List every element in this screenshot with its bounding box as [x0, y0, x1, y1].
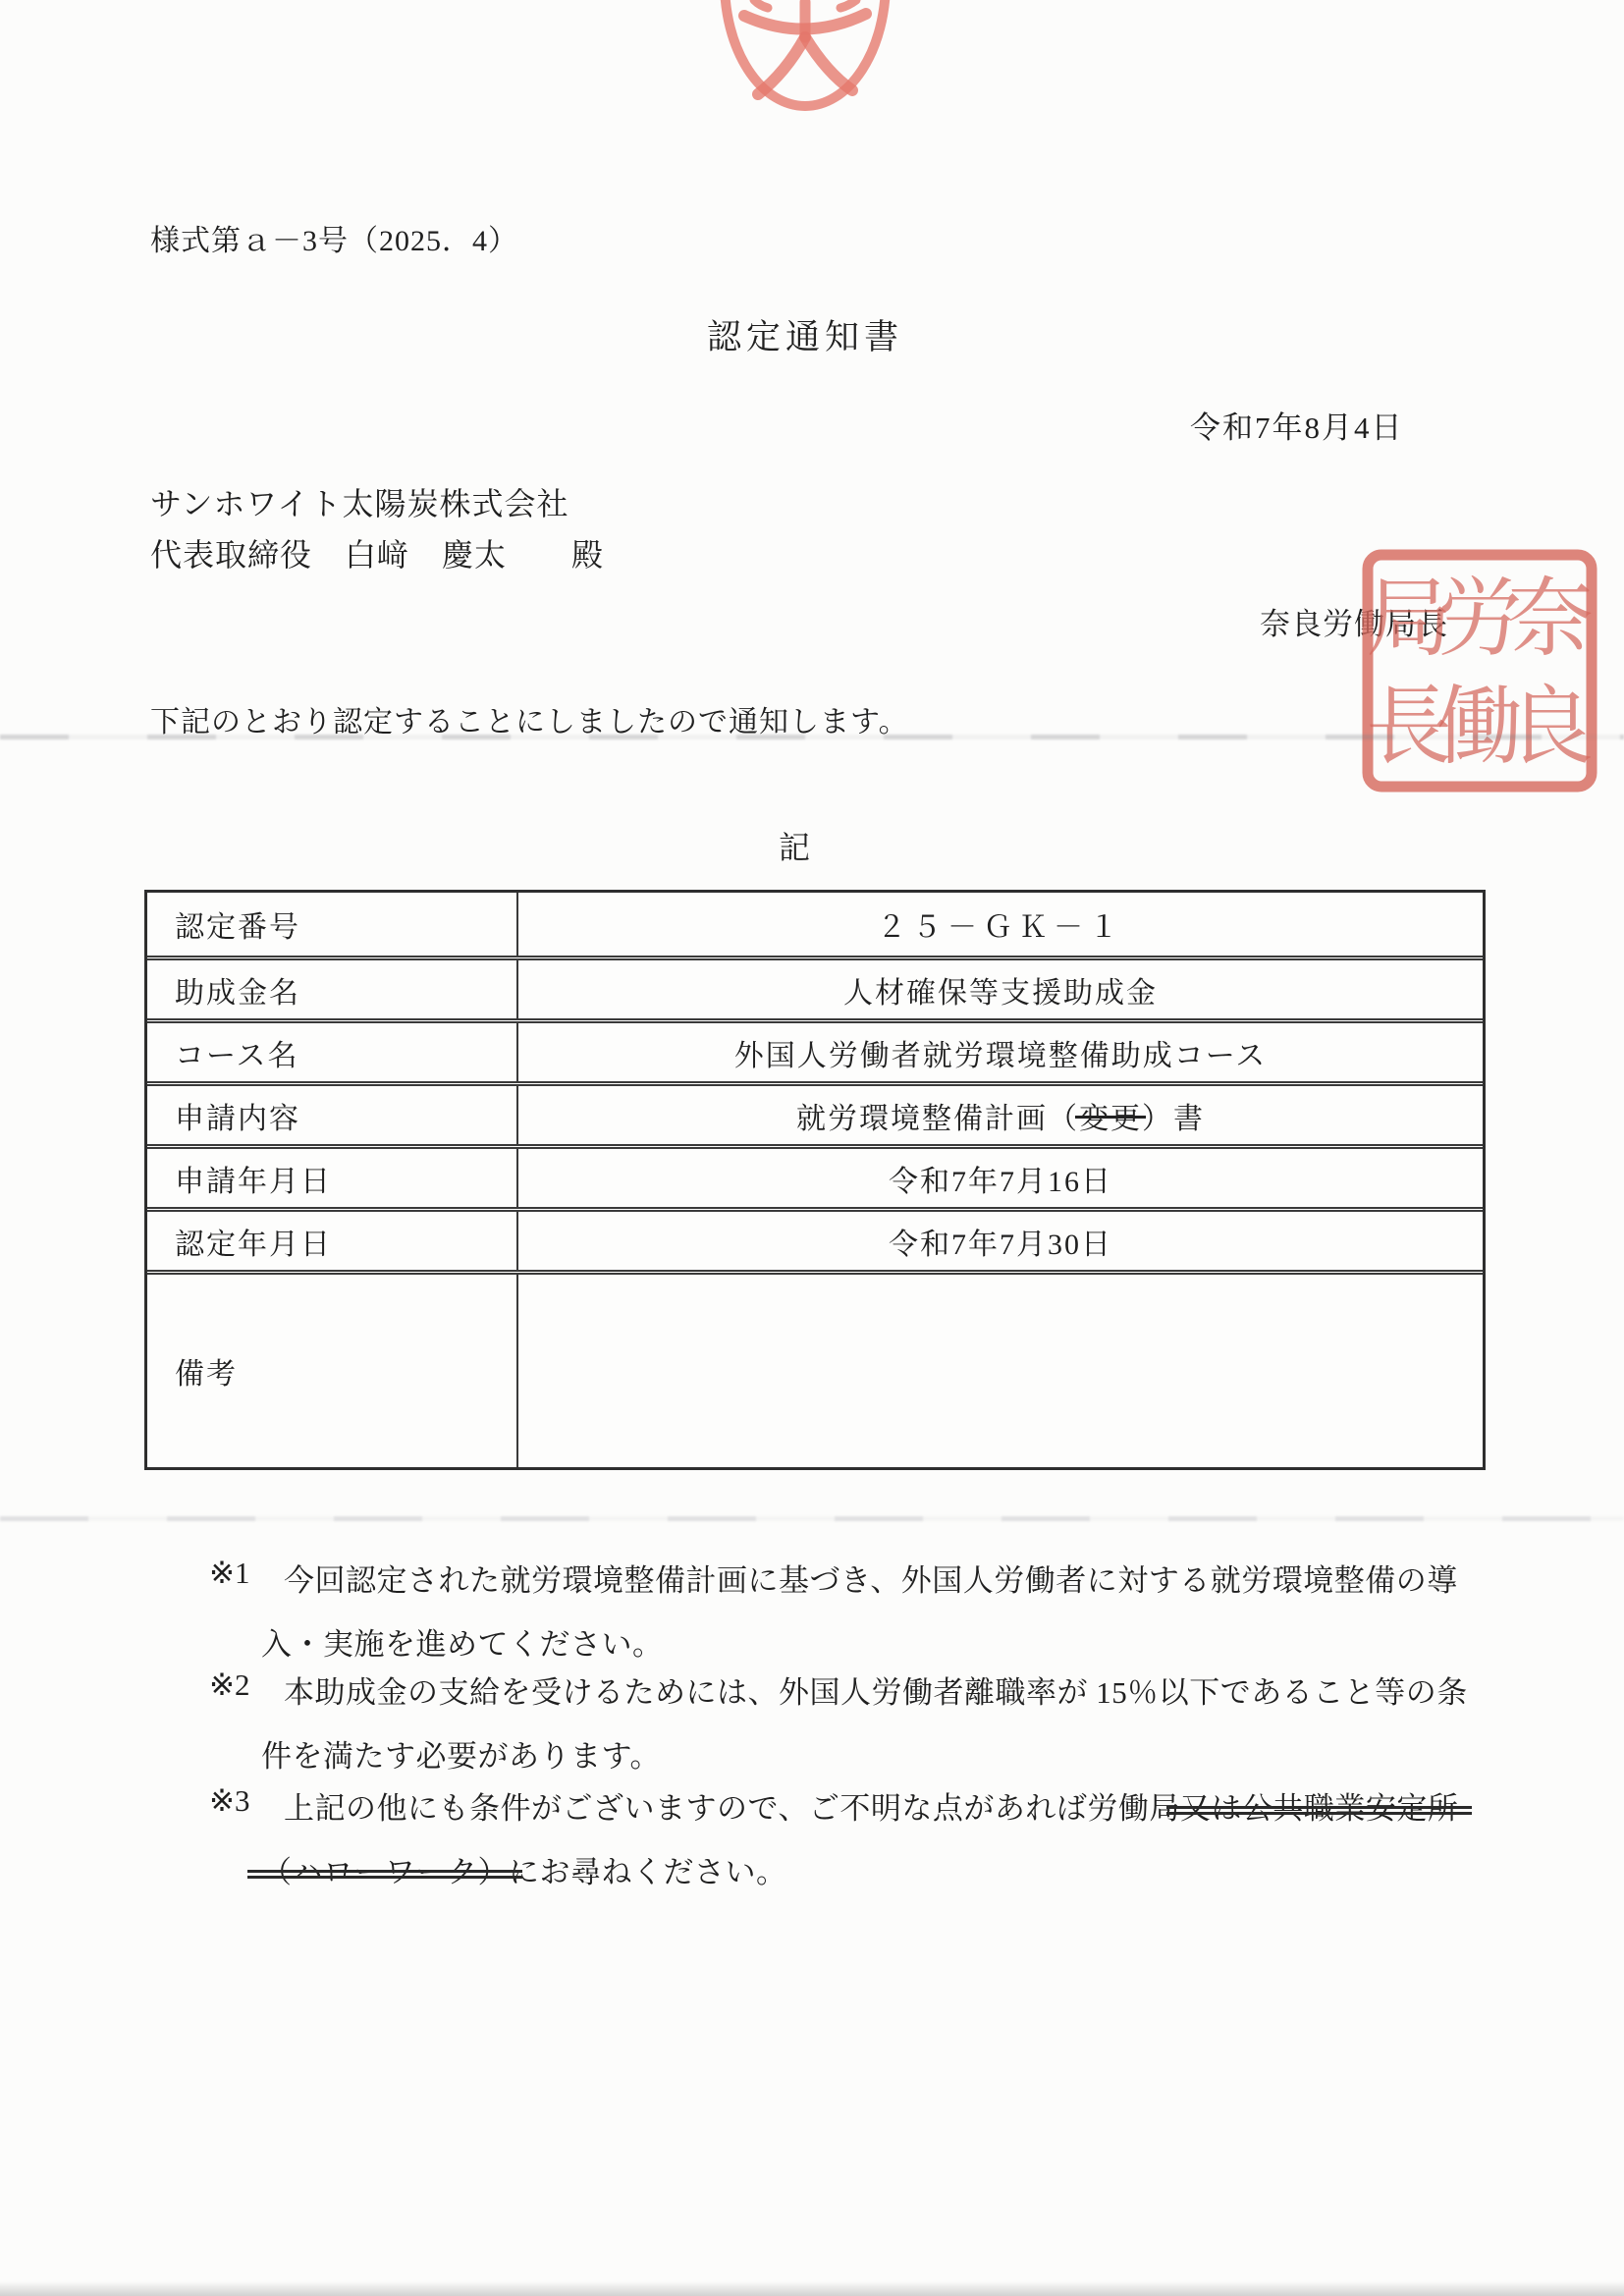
row-label: 認定年月日 — [147, 1212, 518, 1270]
value-text: 就労環境整備計画（ — [796, 1094, 1079, 1137]
scan-bottom-shadow — [0, 2281, 1624, 2296]
note-1-line-1: 今回認定された就労環境整備計画に基づき、外国人労働者に対する就労環境整備の導 — [284, 1556, 1458, 1600]
director-seal-graphic: 奈 良 労 働 局 長 — [1361, 548, 1598, 793]
row-label: 備考 — [147, 1275, 518, 1467]
note-2-line-1: 本助成金の支給を受けるためには、外国人労働者離職率が 15％以下であること等の条 — [284, 1667, 1468, 1712]
row-label: コース名 — [147, 1023, 518, 1081]
table-row-cert-number: 認定番号 ２５－ＧＫ－１ — [147, 893, 1483, 956]
row-label: 助成金名 — [147, 960, 518, 1018]
value-text: ）書 — [1142, 1094, 1205, 1137]
note-3-marker: ※3 — [209, 1783, 249, 1819]
row-value: 外国人労働者就労環境整備助成コース — [518, 1023, 1483, 1081]
certification-table: 認定番号 ２５－ＧＫ－１ 助成金名 人材確保等支援助成金 コース名 外国人労働者… — [144, 890, 1486, 1470]
note-text: にお尋ねください。 — [509, 1855, 787, 1889]
table-row-application-date: 申請年月日 令和7年7月16日 — [147, 1144, 1483, 1207]
row-value: 令和7年7月30日 — [518, 1212, 1483, 1270]
top-stamp-graphic — [717, 0, 893, 114]
scanned-certification-notice: 様式第ａ－3号（2025．4） 認定通知書 令和7年8月4日 サンホワイト太陽炭… — [0, 0, 1624, 2296]
director-seal: 奈 良 労 働 局 長 — [1361, 548, 1598, 793]
note-3-line-1: 上記の他にも条件がございますので、ご不明な点があれば労働局又は公共職業安定所 — [284, 1783, 1458, 1828]
form-number: 様式第ａ－3号（2025．4） — [150, 216, 518, 259]
struck-text: 変更 — [1079, 1094, 1142, 1137]
table-row-remarks: 備考 — [147, 1270, 1483, 1467]
issue-date: 令和7年8月4日 — [1190, 403, 1404, 447]
note-3-line-2: （ハローワーク）にお尋ねください。 — [261, 1847, 787, 1891]
row-value: 就労環境整備計画（変更）書 — [518, 1086, 1483, 1144]
note-2-line-2: 件を満たす必要があります。 — [261, 1731, 661, 1776]
row-value: 人材確保等支援助成金 — [518, 960, 1483, 1018]
struck-text: 又は公共職業安定所 — [1180, 1791, 1459, 1826]
recipient-company: サンホワイト太陽炭株式会社 — [150, 479, 568, 524]
row-value — [518, 1275, 1483, 1467]
notice-body: 下記のとおり認定することにしましたので通知します。 — [150, 697, 909, 740]
fold-line — [0, 1516, 1624, 1521]
row-label: 認定番号 — [147, 893, 518, 956]
recipient-person: 代表取締役 白﨑 慶太 殿 — [150, 530, 604, 575]
table-row-course-name: コース名 外国人労働者就労環境整備助成コース — [147, 1018, 1483, 1081]
top-stamp — [717, 0, 893, 114]
row-value: 令和7年7月16日 — [518, 1149, 1483, 1207]
note-text: 上記の他にも条件がございますので、ご不明な点があれば労働局 — [284, 1791, 1180, 1826]
table-row-certification-date: 認定年月日 令和7年7月30日 — [147, 1207, 1483, 1270]
seal-char: 長 — [1366, 681, 1452, 776]
page-title: 認定通知書 — [707, 310, 903, 359]
table-row-application-content: 申請内容 就労環境整備計画（変更）書 — [147, 1081, 1483, 1144]
note-1-line-2: 入・実施を進めてください。 — [261, 1619, 664, 1664]
note-1-marker: ※1 — [209, 1556, 249, 1591]
row-label: 申請年月日 — [147, 1149, 518, 1207]
struck-text: （ハローワーク） — [261, 1855, 509, 1889]
record-marker: 記 — [779, 823, 810, 868]
row-label: 申請内容 — [147, 1086, 518, 1144]
row-value: ２５－ＧＫ－１ — [518, 893, 1483, 956]
seal-char: 局 — [1366, 573, 1452, 668]
note-2-marker: ※2 — [209, 1667, 249, 1703]
table-row-subsidy-name: 助成金名 人材確保等支援助成金 — [147, 956, 1483, 1018]
